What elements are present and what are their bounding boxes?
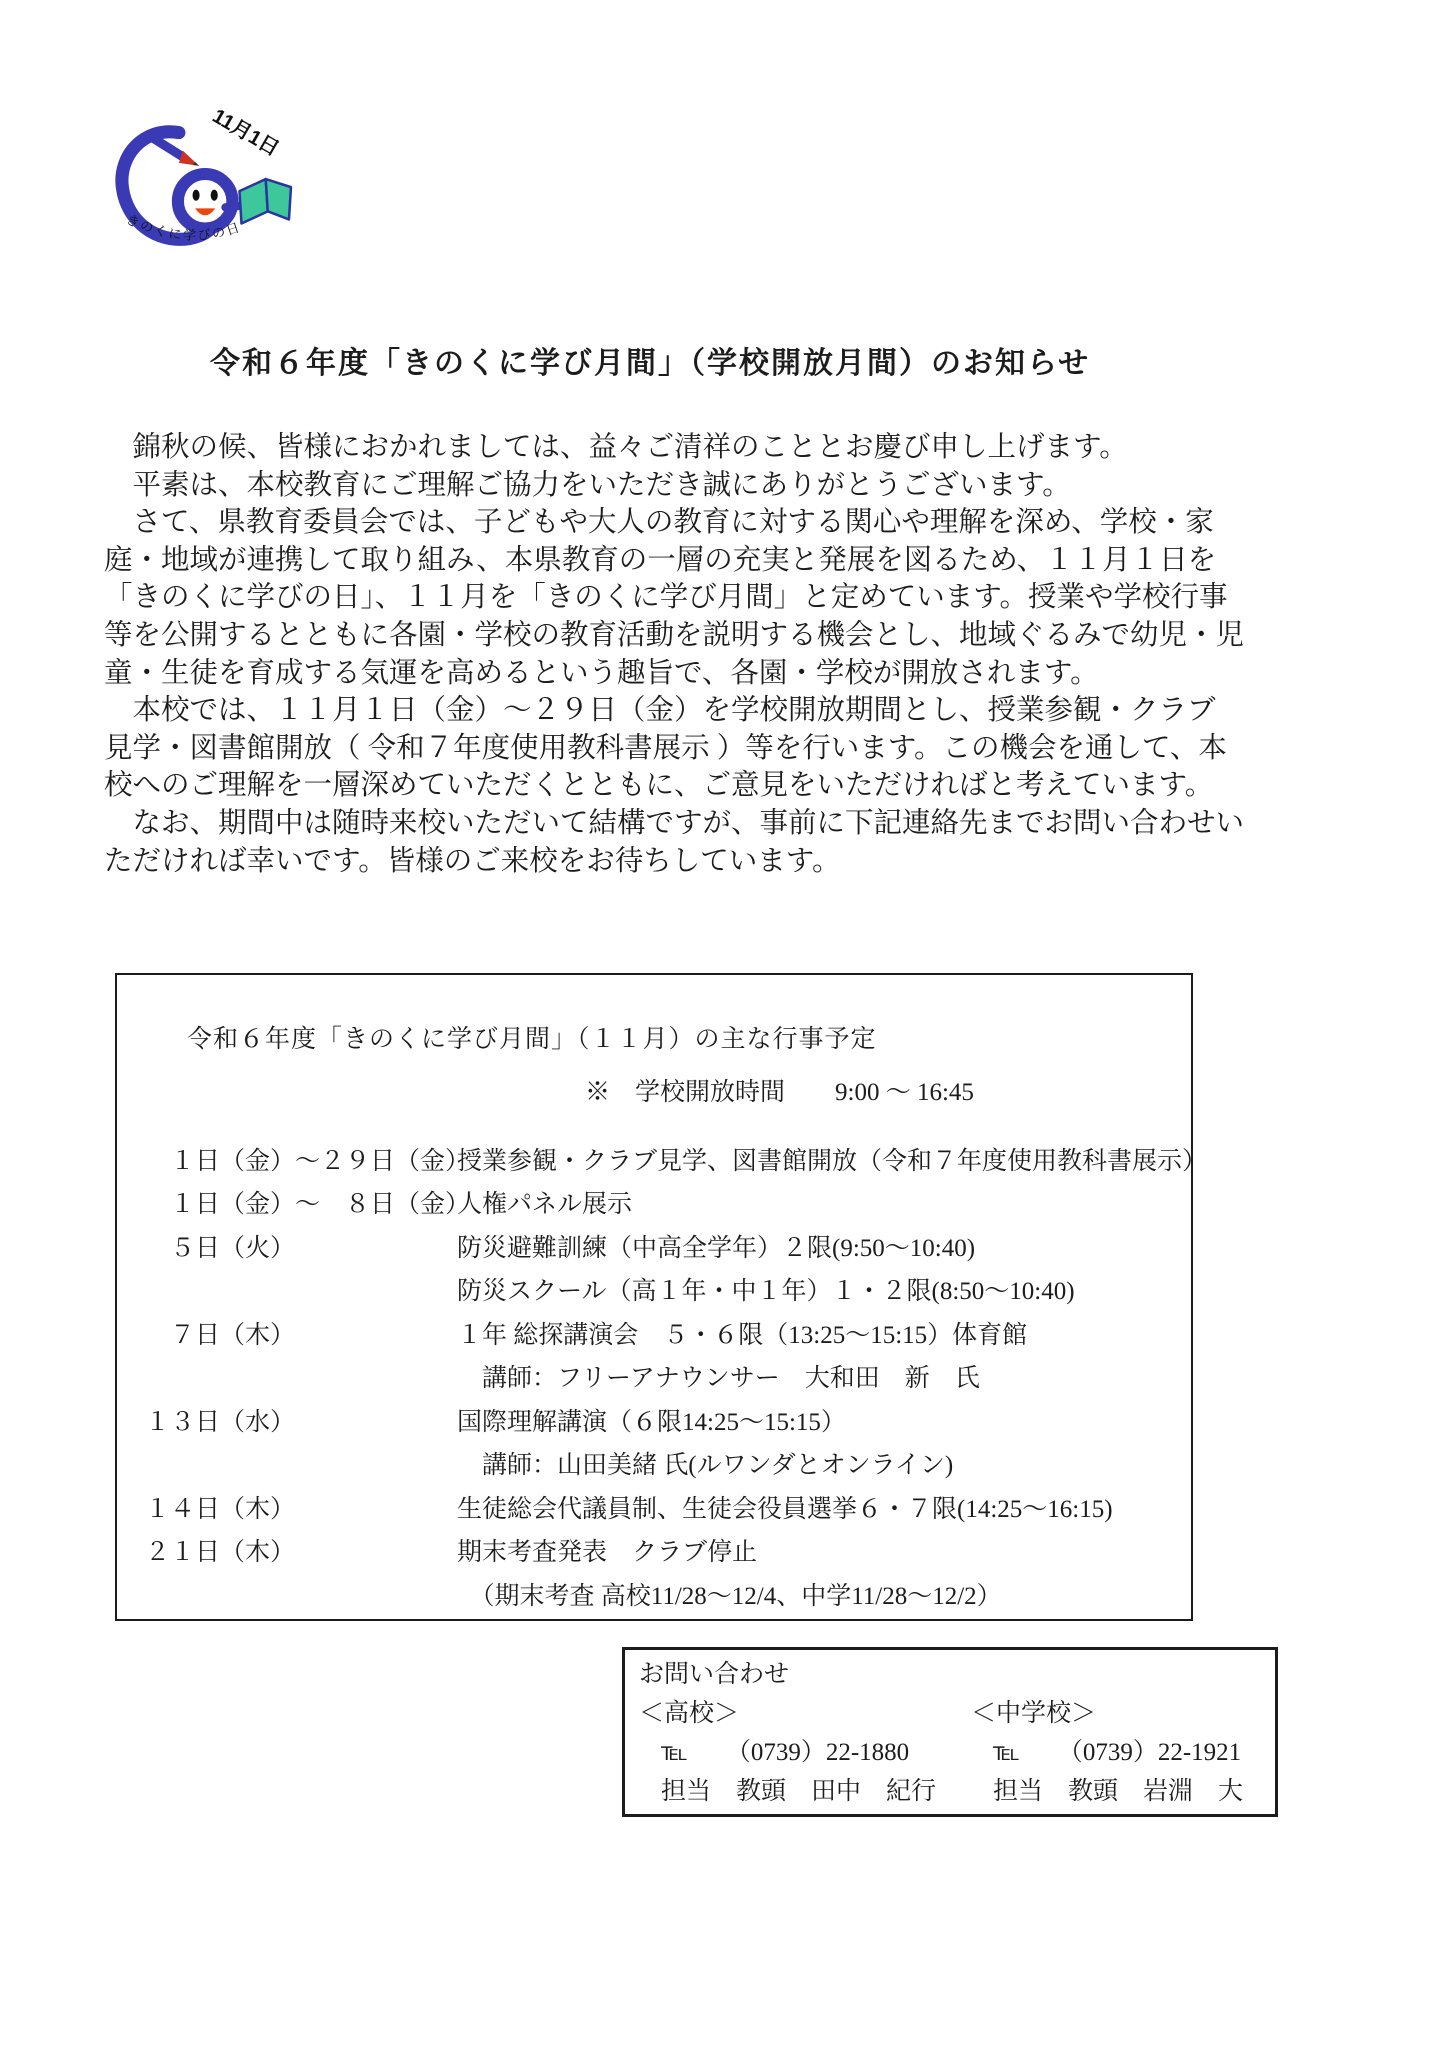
schedule-event: 人権パネル展示 (457, 1184, 632, 1220)
schedule-event: 授業参観・クラブ見学、図書館開放（令和７年度使用教科書展示） (457, 1141, 1207, 1177)
body-line: 錦秋の候、皆様におかれましては、益々ご清祥のこととお慶び申し上げます。 (104, 429, 1244, 467)
school-open-hours-note: ※ 学校開放時間 9:00 ～ 16:45 (585, 1072, 974, 1108)
body-line: 平素は、本校教育にご理解ご協力をいただき誠にありがとうございます。 (104, 467, 1244, 505)
contact-column-junior-high: ＜中学校＞ ℡（0739）22-1921 担当 教頭 岩淵 大 (971, 1694, 1243, 1811)
logo-date-label: 11月1日 (208, 104, 283, 160)
body-line: 等を公開するとともに各園・学校の教育活動を説明する機会とし、地域ぐるみで幼児・児 (104, 617, 1244, 655)
schedule-date: １日（金）～２９日（金） (145, 1141, 457, 1177)
schedule-row: 講師：フリーアナウンサー 大和田 新 氏 (145, 1355, 1183, 1399)
staff-line: 担当 教頭 岩淵 大 (971, 1772, 1243, 1811)
schedule-box-title: 令和６年度「きのくに学び月間」（１１月）の主な行事予定 (187, 1019, 877, 1055)
page-title: 令和６年度「きのくに学び月間」（学校開放月間）のお知らせ (210, 338, 1090, 382)
schedule-row: （期末考査 高校11/28～12/4、中学11/28～12/2） (145, 1572, 1183, 1616)
schedule-row: 講師：山田美緒 氏(ルワンダとオンライン) (145, 1442, 1183, 1486)
schedule-date: １日（金）～ ８日（金） (145, 1184, 457, 1220)
schedule-event: 防災避難訓練（中高全学年）２限(9:50～10:40) (457, 1228, 975, 1264)
body-line: 校へのご理解を一層深めていただくとともに、ご意見をいただければと考えています。 (104, 767, 1244, 805)
schedule-event: 国際理解講演（６限14:25～15:15） (457, 1402, 846, 1438)
schedule-rows: １日（金）～２９日（金） 授業参観・クラブ見学、図書館開放（令和７年度使用教科書… (145, 1137, 1183, 1616)
contact-heading: お問い合わせ (639, 1656, 1261, 1694)
body-line: 庭・地域が連携して取り組み、本県教育の一層の充実と発展を図るため、１１月１日を (104, 542, 1244, 580)
schedule-row: 防災スクール（高１年・中１年）１・２限(8:50～10:40) (145, 1268, 1183, 1312)
schedule-date: ２１日（木） (145, 1532, 457, 1568)
body-line: なお、期間中は随時来校いただいて結構ですが、事前に下記連絡先までお問い合わせい (104, 805, 1244, 843)
body-line: 童・生徒を育成する気運を高めるという趣旨で、各園・学校が開放されます。 (104, 655, 1244, 693)
schedule-event: １年 総探講演会 ５・６限（13:25～15:15）体育館 (457, 1315, 1027, 1351)
body-line: ただければ幸いです。皆様のご来校をお待ちしています。 (104, 843, 1244, 881)
schedule-event: 講師：フリーアナウンサー 大和田 新 氏 (457, 1358, 980, 1394)
school-label: ＜高校＞ (639, 1694, 971, 1733)
schedule-row: １日（金）～ ８日（金） 人権パネル展示 (145, 1181, 1183, 1225)
schedule-row: １４日（木） 生徒総会代議員制、生徒会役員選挙６・７限(14:25～16:15) (145, 1485, 1183, 1529)
tel-icon: ℡ (661, 1733, 688, 1772)
schedule-date: ５日（火） (145, 1228, 457, 1264)
schedule-row: ７日（木） １年 総探講演会 ５・６限（13:25～15:15）体育館 (145, 1311, 1183, 1355)
body-text: 錦秋の候、皆様におかれましては、益々ご清祥のこととお慶び申し上げます。 平素は、… (104, 429, 1244, 880)
body-line: 見学・図書館開放（ 令和７年度使用教科書展示 ）等を行います。この機会を通して、… (104, 730, 1244, 768)
schedule-date: ７日（木） (145, 1315, 457, 1351)
tel-icon: ℡ (993, 1733, 1020, 1772)
schedule-event: 防災スクール（高１年・中１年）１・２限(8:50～10:40) (457, 1271, 1075, 1307)
schedule-date: １４日（木） (145, 1489, 457, 1525)
schedule-event: （期末考査 高校11/28～12/4、中学11/28～12/2） (457, 1576, 1002, 1612)
contact-box: お問い合わせ ＜高校＞ ℡（0739）22-1880 担当 教頭 田中 紀行 ＜… (622, 1647, 1278, 1817)
body-line: 本校では、１１月１日（金）～２９日（金）を学校開放期間とし、授業参観・クラブ (104, 692, 1244, 730)
schedule-date: １３日（水） (145, 1402, 457, 1438)
schedule-row: ２１日（木） 期末考査発表 クラブ停止 (145, 1529, 1183, 1573)
book-icon (239, 179, 290, 223)
schedule-row: １日（金）～２９日（金） 授業参観・クラブ見学、図書館開放（令和７年度使用教科書… (145, 1137, 1183, 1181)
schedule-box: 令和６年度「きのくに学び月間」（１１月）の主な行事予定 ※ 学校開放時間 9:0… (115, 973, 1193, 1621)
body-line: 「きのくに学びの日」、１１月を「きのくに学び月間」と定めています。授業や学校行事 (104, 579, 1244, 617)
schedule-row: １３日（水） 国際理解講演（６限14:25～15:15） (145, 1398, 1183, 1442)
phone-number: （0739）22-1880 (726, 1739, 909, 1766)
school-label: ＜中学校＞ (971, 1694, 1243, 1733)
schedule-event: 期末考査発表 クラブ停止 (457, 1532, 757, 1568)
body-line: さて、県教育委員会では、子どもや大人の教育に対する関心や理解を深め、学校・家 (104, 504, 1244, 542)
contact-columns: ＜高校＞ ℡（0739）22-1880 担当 教頭 田中 紀行 ＜中学校＞ ℡（… (639, 1694, 1261, 1811)
phone-line: ℡（0739）22-1880 (639, 1733, 971, 1772)
phone-line: ℡（0739）22-1921 (971, 1733, 1243, 1772)
contact-column-high-school: ＜高校＞ ℡（0739）22-1880 担当 教頭 田中 紀行 (639, 1694, 971, 1811)
document-page: 11月1日 きのくに学びの日 令和６年度「きのくに学び月間」（学校開放月間）のお… (0, 0, 1448, 2048)
schedule-row: ５日（火） 防災避難訓練（中高全学年）２限(9:50～10:40) (145, 1224, 1183, 1268)
phone-number: （0739）22-1921 (1058, 1739, 1241, 1766)
schedule-event: 生徒総会代議員制、生徒会役員選挙６・７限(14:25～16:15) (457, 1489, 1113, 1525)
kinokuni-manabi-logo: 11月1日 きのくに学びの日 (86, 94, 294, 254)
staff-line: 担当 教頭 田中 紀行 (639, 1772, 971, 1811)
pencil-icon (151, 137, 199, 166)
schedule-event: 講師：山田美緒 氏(ルワンダとオンライン) (457, 1445, 953, 1481)
